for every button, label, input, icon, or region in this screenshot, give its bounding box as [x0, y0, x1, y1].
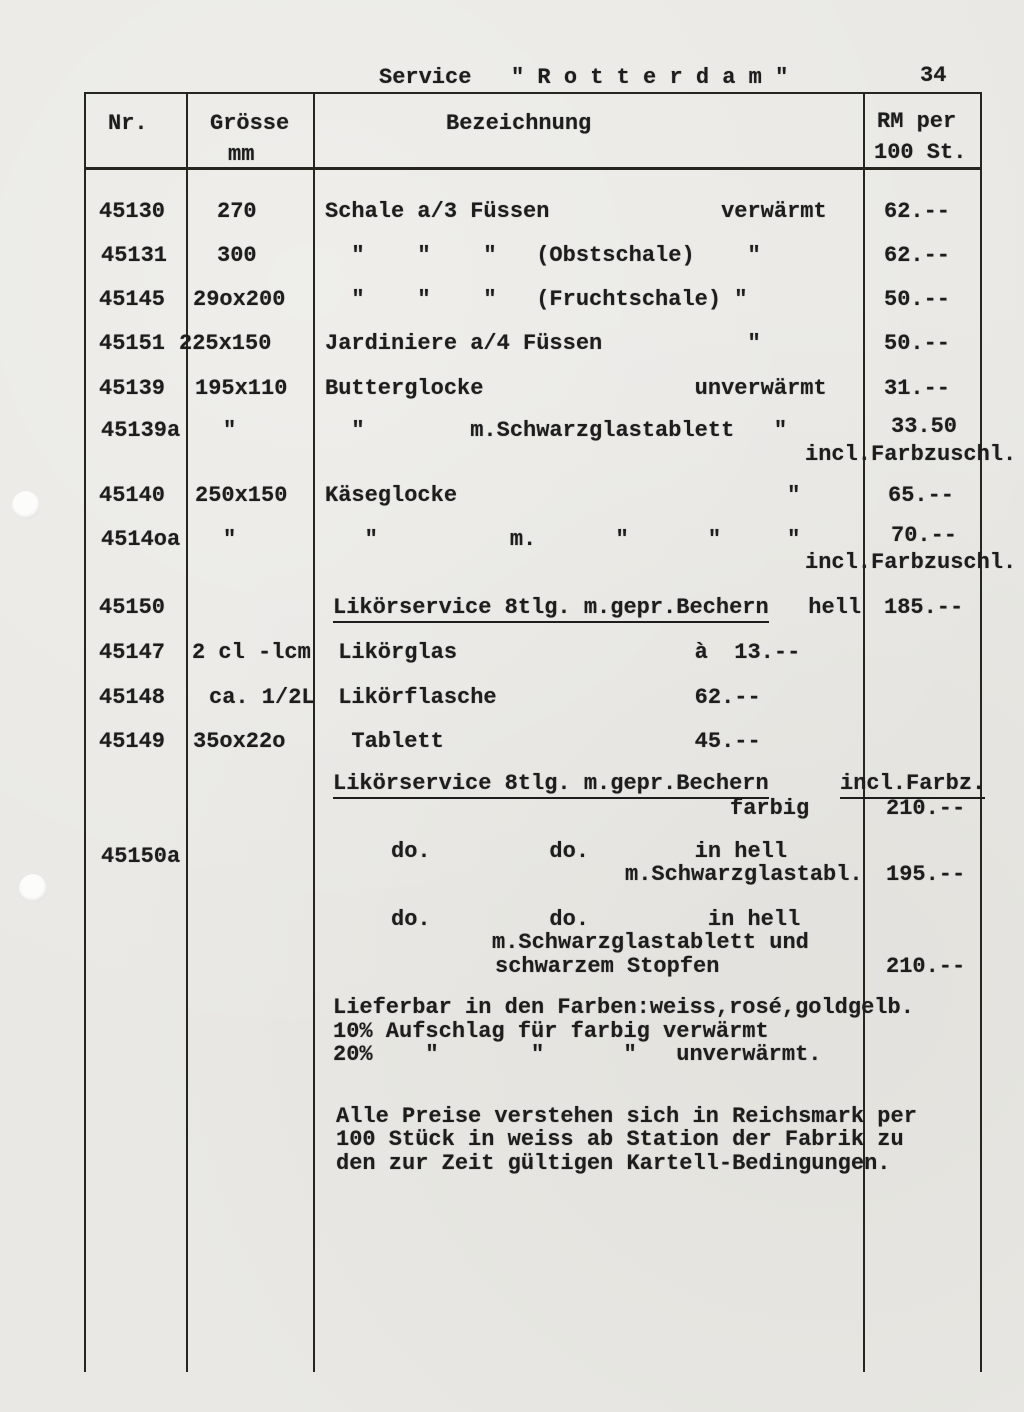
page-number: 34 — [920, 64, 946, 88]
row-45145-desc: " " " (Fruchtschale) " — [325, 288, 747, 312]
header-price-line1: RM per — [877, 110, 956, 134]
table-top-border — [84, 92, 982, 94]
row-45140-price: 65.-- — [888, 484, 954, 508]
row-45139-desc: Butterglocke unverwärmt — [325, 377, 827, 401]
row-45139a-price: 33.50 — [891, 415, 957, 439]
scanned-price-list-page: Service " R o t t e r d a m " 34 Nr.Grös… — [0, 0, 1024, 1412]
table-col-divider-size — [186, 92, 188, 1372]
note-surcharge-20: 20% " " " unverwärmt. — [333, 1043, 821, 1067]
footer-line3: den zur Zeit gültigen Kartell-Bedingunge… — [336, 1152, 891, 1176]
header-size-line2: mm — [228, 143, 254, 167]
row-45148-desc: Likörflasche 62.-- — [325, 686, 761, 710]
row-45147-size: 2 cl -lcm — [192, 641, 311, 665]
row-45147-nr: 45147 — [99, 641, 165, 665]
row-45131-size: 300 — [217, 244, 257, 268]
row-45130-nr: 45130 — [99, 200, 165, 224]
header-nr: Nr. — [108, 112, 148, 136]
variant-do-price: 210.-- — [886, 955, 965, 979]
row-45151-nr: 45151 — [99, 332, 165, 356]
row-45148-nr: 45148 — [99, 686, 165, 710]
row-45139-nr: 45139 — [99, 377, 165, 401]
section-likoerservice-farbig-inclfarbz: incl.Farbz. — [840, 772, 985, 796]
row-45150a-desc-line2: m.Schwarzglastabl. — [625, 863, 863, 887]
row-45139a-size: " — [223, 419, 236, 443]
table-right-border — [980, 92, 982, 1372]
footer-line2: 100 Stück in weiss ab Station der Fabrik… — [336, 1128, 904, 1152]
row-45131-desc: " " " (Obstschale) " — [325, 244, 761, 268]
row-45140-size: 250x150 — [195, 484, 287, 508]
note-colors: Lieferbar in den Farben:weiss,rosé,goldg… — [333, 996, 914, 1020]
variant-do-line1: do. do. in hell — [325, 908, 800, 932]
section-likoerservice-farbig-label: farbig — [730, 797, 809, 821]
row-45139a-desc: " m.Schwarzglastablett " — [325, 419, 787, 443]
punch-hole-bottom — [19, 874, 47, 902]
variant-do-line3: schwarzem Stopfen — [495, 955, 719, 979]
table-col-divider-price — [863, 92, 865, 1372]
row-4514oa-nr: 4514oa — [101, 528, 180, 552]
row-45130-desc: Schale a/3 Füssen verwärmt — [325, 200, 827, 224]
row-45151-price: 50.-- — [884, 332, 950, 356]
note-surcharge-10: 10% Aufschlag für farbig verwärmt — [333, 1020, 769, 1044]
row-45151-desc: Jardiniere a/4 Füssen " — [325, 332, 761, 356]
row-45131-price: 62.-- — [884, 244, 950, 268]
row-45140-desc: Käseglocke " — [325, 484, 800, 508]
section-likoerservice-farbig-title: Likörservice 8tlg. m.gepr.Bechern — [333, 772, 769, 796]
row-4514oa-size: " — [223, 528, 236, 552]
row-45130-price: 62.-- — [884, 200, 950, 224]
page-title: Service " R o t t e r d a m " — [379, 66, 788, 90]
row-45131-nr: 45131 — [101, 244, 167, 268]
footer-line1: Alle Preise verstehen sich in Reichsmark… — [336, 1105, 917, 1129]
section-likoerservice-farbig-price: 210.-- — [886, 797, 965, 821]
header-desc: Bezeichnung — [446, 112, 591, 136]
row-45145-nr: 45145 — [99, 288, 165, 312]
row-45130-size: 270 — [217, 200, 257, 224]
punch-hole-top — [12, 491, 40, 519]
row-45139a-note: incl.Farbzuschl. — [805, 443, 1016, 467]
row-45145-size: 29ox200 — [193, 288, 285, 312]
row-45150a-price: 195.-- — [886, 863, 965, 887]
row-4514oa-price: 70.-- — [891, 524, 957, 548]
row-45139a-nr: 45139a — [101, 419, 180, 443]
row-45150a-desc-line1: do. do. in hell — [325, 840, 787, 864]
row-45149-nr: 45149 — [99, 730, 165, 754]
row-45145-price: 50.-- — [884, 288, 950, 312]
row-45139-price: 31.-- — [884, 377, 950, 401]
table-left-border — [84, 92, 86, 1372]
row-45150a-nr: 45150a — [101, 845, 180, 869]
header-size-line1: Grösse — [210, 112, 289, 136]
header-price-line2: 100 St. — [874, 141, 966, 165]
row-45150-price: 185.-- — [884, 596, 963, 620]
row-45148-size: ca. 1/2L — [209, 686, 315, 710]
row-45149-size: 35ox22o — [193, 730, 285, 754]
row-45139-size: 195x110 — [195, 377, 287, 401]
row-45151-size: 225x150 — [179, 332, 271, 356]
row-45147-desc: Likörglas à 13.-- — [325, 641, 800, 665]
row-45150-desc: Likörservice 8tlg. m.gepr.Bechern hell — [333, 596, 861, 620]
row-45150-nr: 45150 — [99, 596, 165, 620]
row-45140-nr: 45140 — [99, 484, 165, 508]
variant-do-line2: m.Schwarzglastablett und — [492, 931, 809, 955]
row-4514oa-desc: " m. " " " — [325, 528, 800, 552]
table-col-divider-desc — [313, 92, 315, 1372]
table-header-border — [84, 167, 982, 170]
row-45149-desc: Tablett 45.-- — [325, 730, 761, 754]
row-4514oa-note: incl.Farbzuschl. — [805, 551, 1016, 575]
